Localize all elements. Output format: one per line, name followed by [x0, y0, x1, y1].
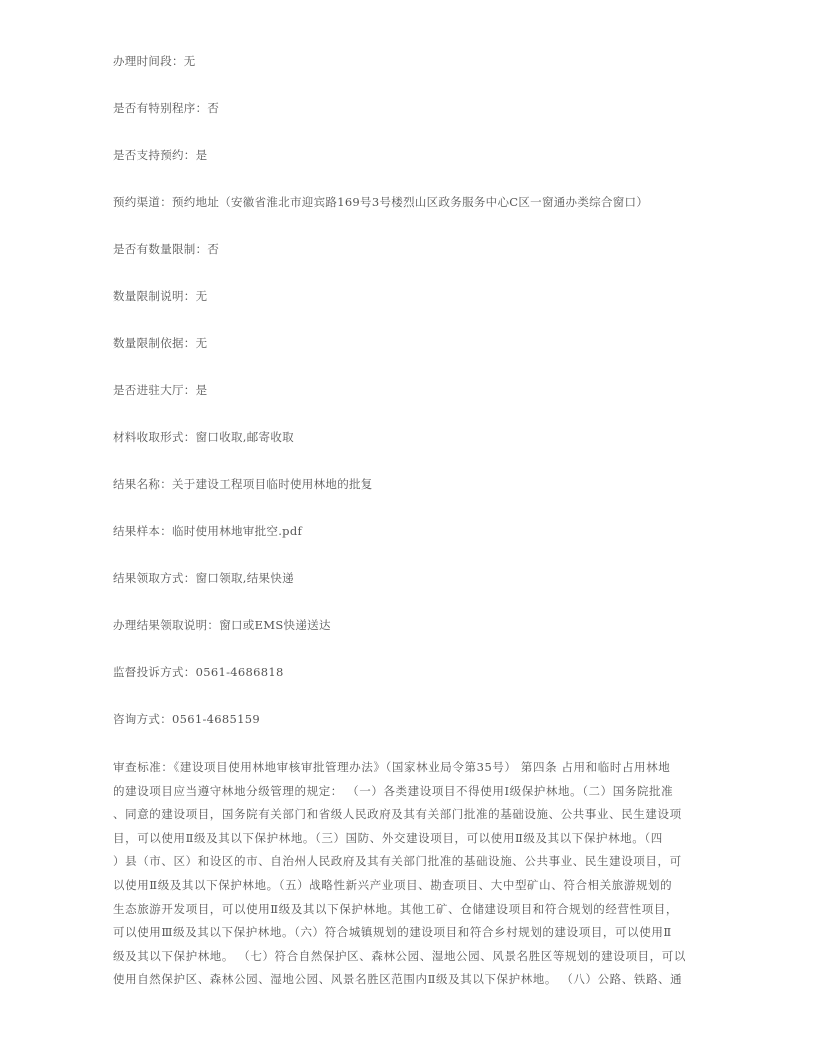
field-in-service-hall: 是否进驻大厅：是	[113, 382, 207, 398]
field-supports-appointment: 是否支持预约：是	[113, 147, 207, 163]
field-quantity-limit-basis: 数量限制依据：无	[113, 335, 207, 351]
field-result-pickup-note: 办理结果领取说明：窗口或EMS快递送达	[113, 617, 331, 633]
paragraph-line: 级及其以下保护林地。 （七）符合自然保护区、森林公园、湿地公园、风景名胜区等规划…	[113, 945, 691, 969]
paragraph-line: 可以使用Ⅲ级及其以下保护林地。（六）符合城镇规划的建设项目和符合乡村规划的建设项…	[113, 921, 691, 945]
paragraph-line: 生态旅游开发项目，可以使用Ⅱ级及其以下保护林地。其他工矿、仓储建设项目和符合规划…	[113, 898, 691, 922]
paragraph-line: 审查标准：《建设项目使用林地审核审批管理办法》（国家林业局令第35号） 第四条 …	[113, 756, 691, 780]
field-result-pickup-method: 结果领取方式：窗口领取,结果快递	[113, 570, 294, 586]
field-quantity-limit-description: 数量限制说明：无	[113, 288, 207, 304]
field-result-name: 结果名称：关于建设工程项目临时使用林地的批复	[113, 476, 373, 492]
field-material-collection: 材料收取形式：窗口收取,邮寄收取	[113, 429, 294, 445]
field-complaint-contact: 监督投诉方式：0561-4686818	[113, 664, 284, 680]
review-standard-paragraph: 审查标准：《建设项目使用林地审核审批管理办法》（国家林业局令第35号） 第四条 …	[113, 756, 691, 992]
field-quantity-limit: 是否有数量限制：否	[113, 241, 219, 257]
field-result-sample: 结果样本：临时使用林地审批空.pdf	[113, 523, 302, 539]
field-processing-time: 办理时间段：无	[113, 53, 196, 69]
paragraph-line: ）县（市、区）和设区的市、自治州人民政府及其有关部门批准的基础设施、公共事业、民…	[113, 850, 691, 874]
field-special-procedure: 是否有特别程序：否	[113, 100, 219, 116]
paragraph-line: 使用自然保护区、森林公园、湿地公园、风景名胜区范围内Ⅱ级及其以下保护林地。 （八…	[113, 968, 691, 992]
field-appointment-channel: 预约渠道：预约地址（安徽省淮北市迎宾路169号3号楼烈山区政务服务中心C区一窗通…	[113, 194, 648, 210]
paragraph-line: 的建设项目应当遵守林地分级管理的规定： （一）各类建设项目不得使用Ⅰ级保护林地。…	[113, 780, 691, 804]
paragraph-line: 以使用Ⅱ级及其以下保护林地。（五）战略性新兴产业项目、勘查项目、大中型矿山、符合…	[113, 874, 691, 898]
paragraph-line: 目，可以使用Ⅱ级及其以下保护林地。（三）国防、外交建设项目，可以使用Ⅱ级及其以下…	[113, 827, 691, 851]
paragraph-line: 、同意的建设项目，国务院有关部门和省级人民政府及其有关部门批准的基础设施、公共事…	[113, 803, 691, 827]
field-consult-contact: 咨询方式：0561-4685159	[113, 711, 260, 727]
